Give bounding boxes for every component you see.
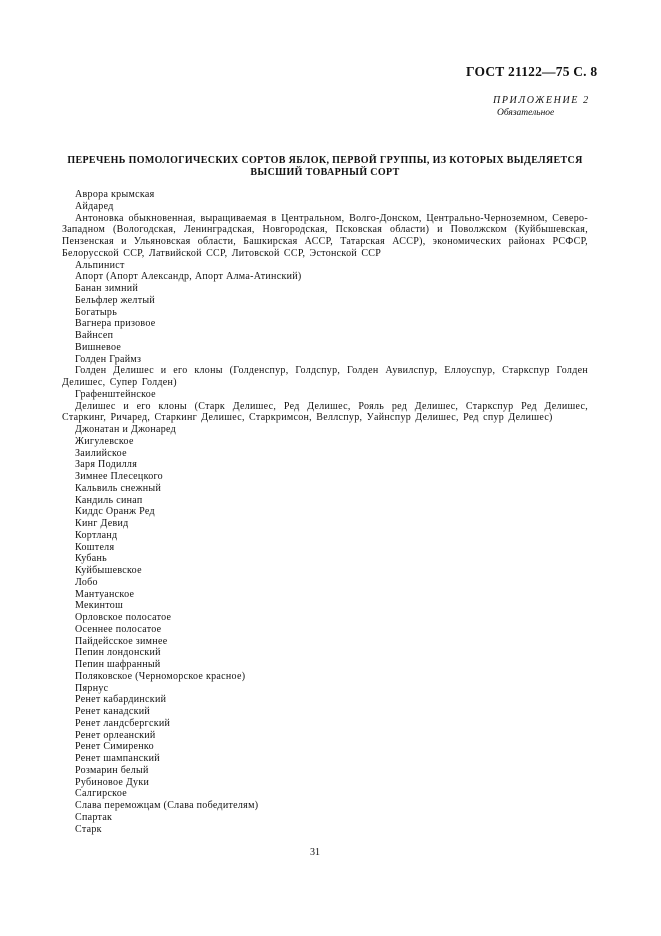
list-item: Зимнее Плесецкого — [62, 471, 588, 483]
list-item: Кальвиль снежный — [62, 483, 588, 495]
list-item: Ренет Симиренко — [62, 741, 588, 753]
list-item: Заилийское — [62, 448, 588, 460]
list-item: Аврора крымская — [62, 189, 588, 201]
list-item: Бельфлер желтый — [62, 295, 588, 307]
list-item: Старк — [62, 824, 588, 836]
list-item: Вайнсеп — [62, 330, 588, 342]
list-item: Вишневое — [62, 342, 588, 354]
list-item: Жигулевское — [62, 436, 588, 448]
list-item: Киддс Оранж Ред — [62, 506, 588, 518]
section-title: ПЕРЕЧЕНЬ ПОМОЛОГИЧЕСКИХ СОРТОВ ЯБЛОК, ПЕ… — [62, 155, 588, 179]
list-item: Ренет ландсбергский — [62, 718, 588, 730]
list-item: Мантуанское — [62, 589, 588, 601]
list-item: Мекинтош — [62, 600, 588, 612]
list-item: Розмарин белый — [62, 765, 588, 777]
title-line-1: ПЕРЕЧЕНЬ ПОМОЛОГИЧЕСКИХ СОРТОВ ЯБЛОК, ПЕ… — [62, 155, 588, 167]
list-item: Лобо — [62, 577, 588, 589]
list-item: Слава переможцам (Слава победителям) — [62, 800, 588, 812]
variety-list: Аврора крымскаяАйдаредАнтоновка обыкнове… — [62, 189, 588, 835]
list-item: Голден Граймз — [62, 354, 588, 366]
list-item: Осеннее полосатое — [62, 624, 588, 636]
list-item: Банан зимний — [62, 283, 588, 295]
list-item: Кандиль синап — [62, 495, 588, 507]
list-item: Пепин лондонский — [62, 647, 588, 659]
list-item: Делишес и его клоны (Старк Делишес, Ред … — [62, 401, 588, 425]
document-header: ГОСТ 21122—75 С. 8 — [466, 64, 597, 80]
list-item: Пярнус — [62, 683, 588, 695]
list-item: Пепин шафранный — [62, 659, 588, 671]
list-item: Антоновка обыкновенная, выращиваемая в Ц… — [62, 213, 588, 260]
list-item: Апорт (Апорт Александр, Апорт Алма-Атинс… — [62, 271, 588, 283]
list-item: Коштеля — [62, 542, 588, 554]
list-item: Заря Подилля — [62, 459, 588, 471]
list-item: Альпинист — [62, 260, 588, 272]
list-item: Салгирское — [62, 788, 588, 800]
appendix-label: ПРИЛОЖЕНИЕ 2 — [493, 95, 590, 106]
list-item: Вагнера призовое — [62, 318, 588, 330]
list-item: Спартак — [62, 812, 588, 824]
list-item: Кубань — [62, 553, 588, 565]
list-item: Айдаред — [62, 201, 588, 213]
list-item: Богатырь — [62, 307, 588, 319]
appendix-status: Обязательное — [497, 108, 554, 118]
list-item: Джонатан и Джонаред — [62, 424, 588, 436]
list-item: Ренет орлеанский — [62, 730, 588, 742]
list-item: Ренет шампанский — [62, 753, 588, 765]
page-number: 31 — [310, 847, 320, 858]
list-item: Кортланд — [62, 530, 588, 542]
list-item: Рубиновое Дуки — [62, 777, 588, 789]
list-item: Пайдейсское зимнее — [62, 636, 588, 648]
list-item: Графенштейнское — [62, 389, 588, 401]
list-item: Поляковское (Черноморское красное) — [62, 671, 588, 683]
list-item: Ренет канадский — [62, 706, 588, 718]
list-item: Орловское полосатое — [62, 612, 588, 624]
list-item: Ренет кабардинский — [62, 694, 588, 706]
list-item: Кинг Девид — [62, 518, 588, 530]
list-item: Куйбышевское — [62, 565, 588, 577]
list-item: Голден Делишес и его клоны (Голденспур, … — [62, 365, 588, 389]
title-line-2: ВЫСШИЙ ТОВАРНЫЙ СОРТ — [62, 167, 588, 179]
